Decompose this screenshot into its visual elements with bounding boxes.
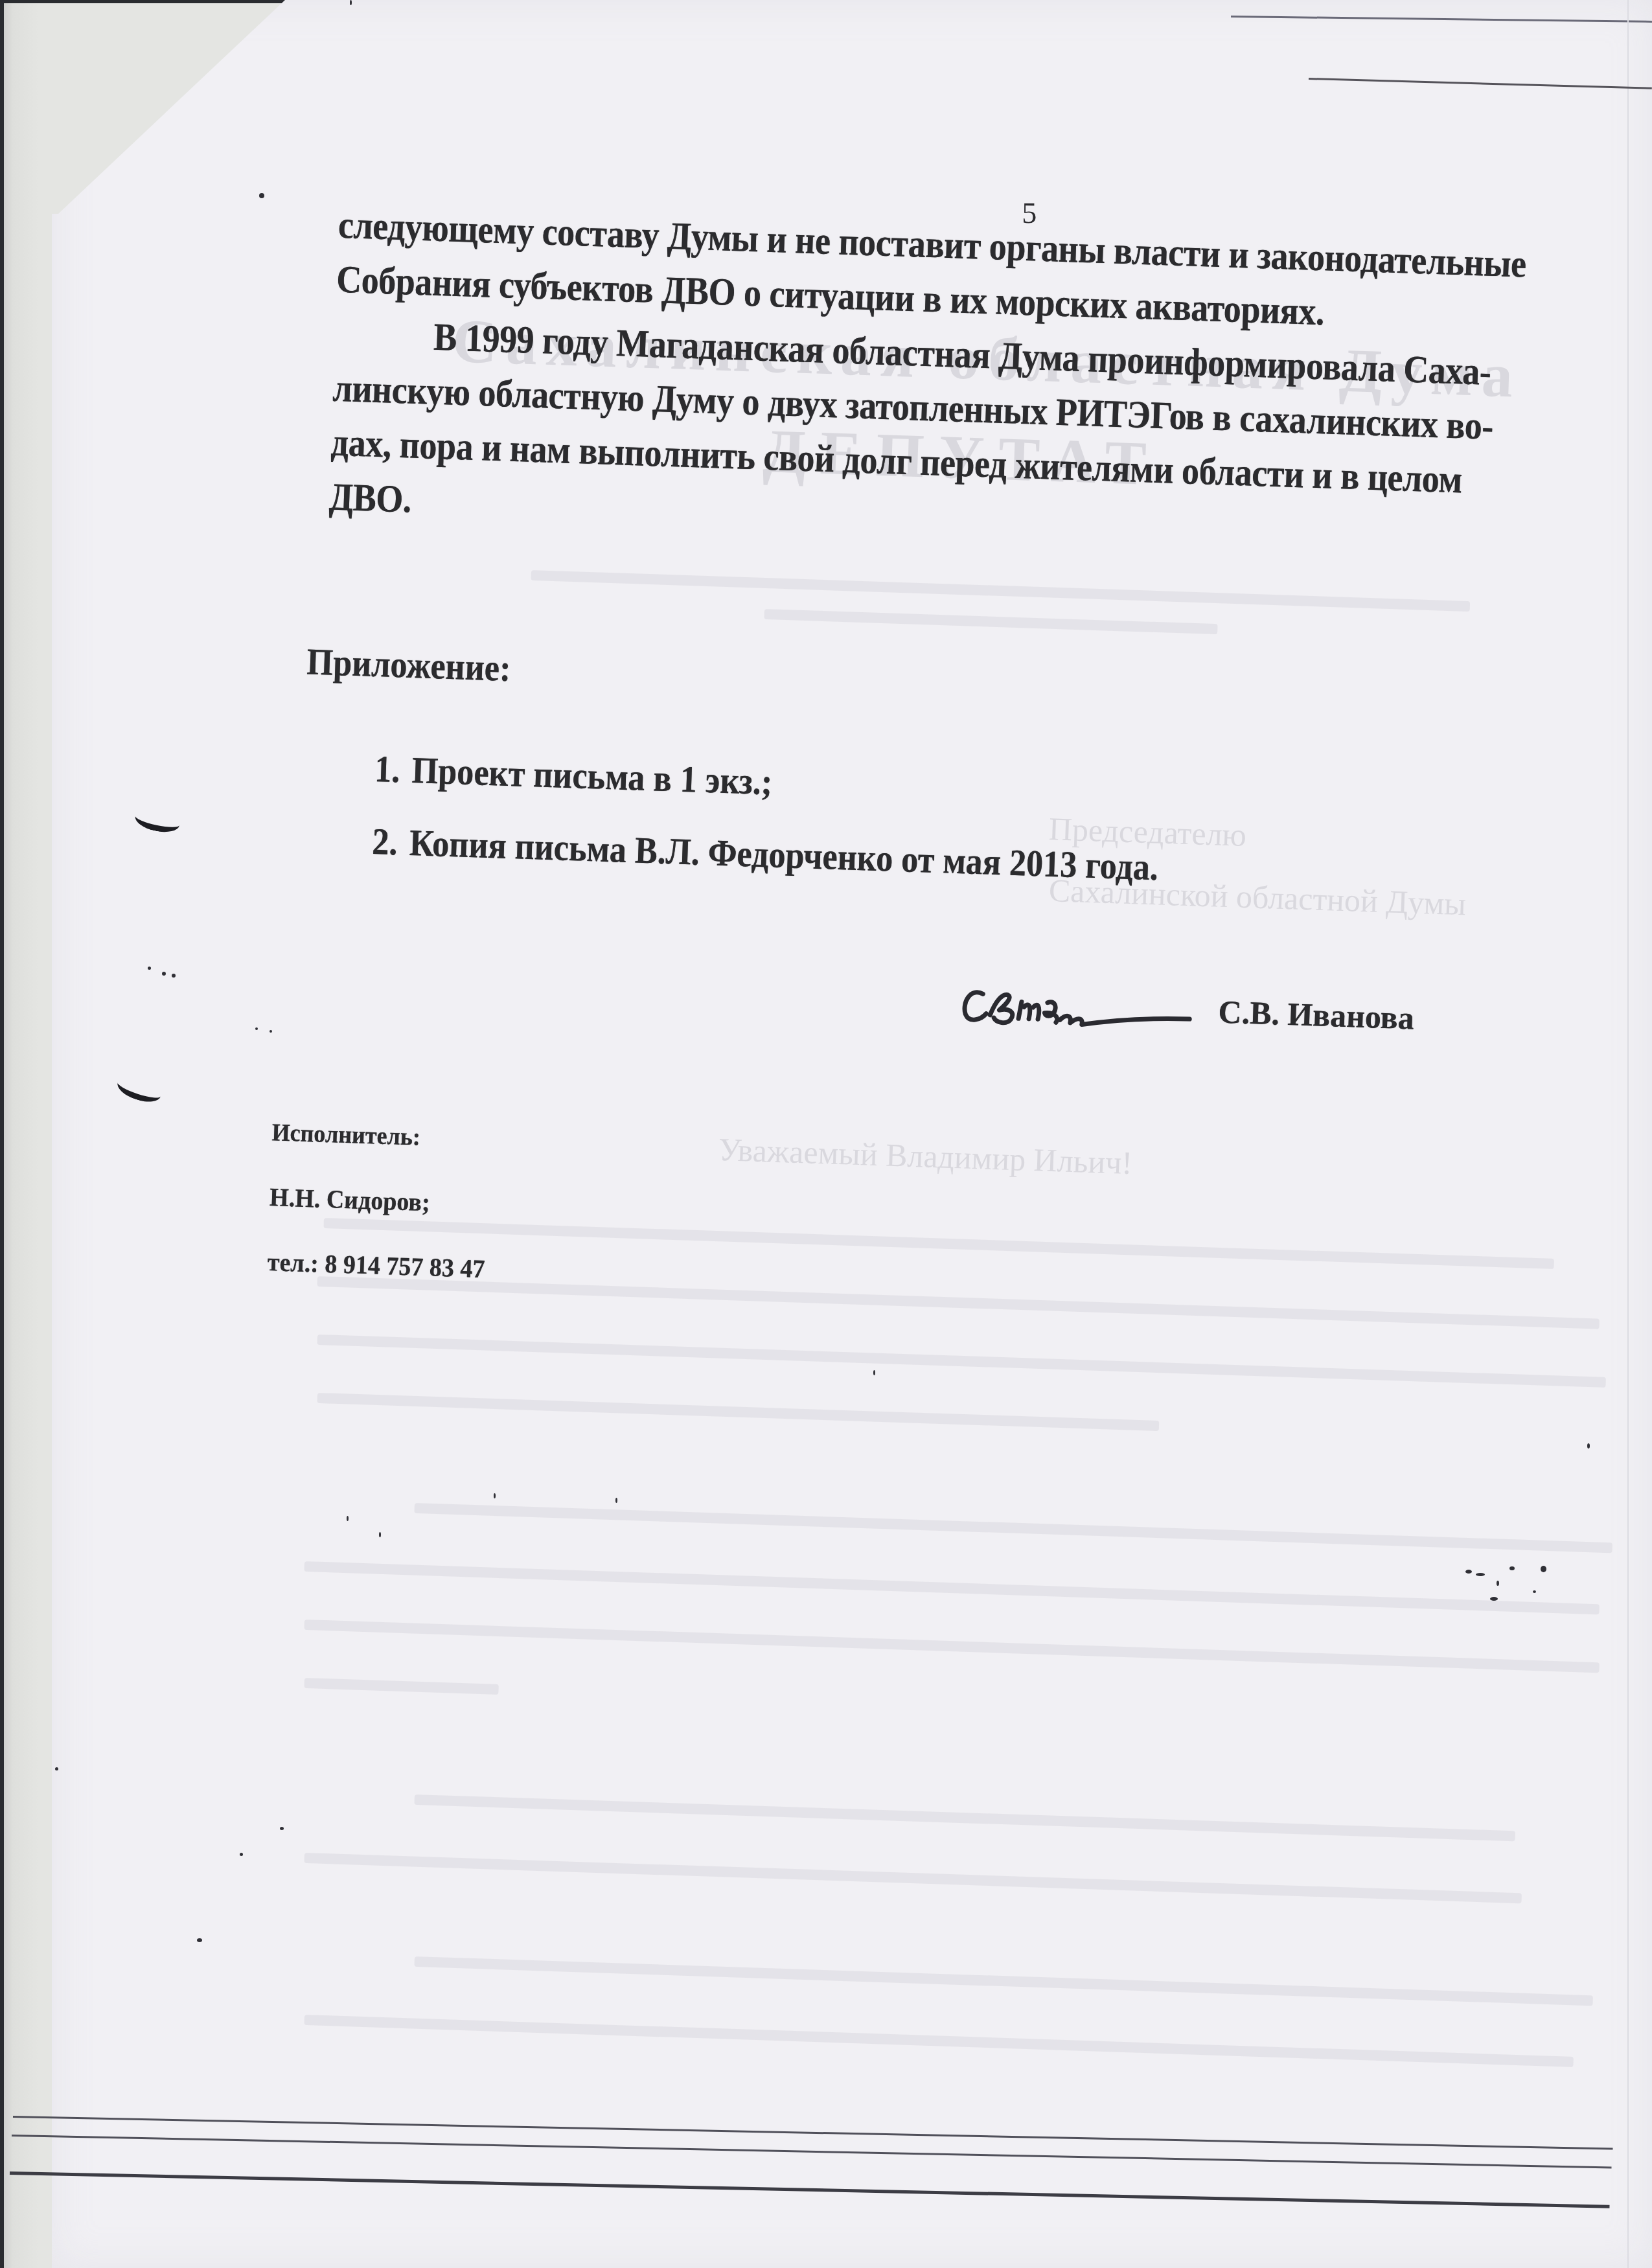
speck <box>1490 1597 1498 1601</box>
speck <box>350 0 352 5</box>
speck <box>1497 1581 1499 1586</box>
speck <box>379 1532 381 1537</box>
sheet-right-edge <box>1627 0 1629 2268</box>
speck <box>1476 1573 1485 1576</box>
speck <box>197 1938 202 1942</box>
speck <box>255 1027 258 1030</box>
executor-phone: тел.: 8 914 757 83 47 <box>266 1230 486 1301</box>
speck <box>1509 1566 1515 1570</box>
speck <box>55 1767 58 1770</box>
speck <box>873 1370 875 1375</box>
handwritten-signature-icon <box>956 974 1204 1040</box>
speck <box>240 1853 243 1856</box>
signer-name: С.В. Иванова <box>1218 993 1415 1037</box>
speck <box>1465 1570 1472 1574</box>
attachments-heading: Приложение: <box>306 640 512 690</box>
speck <box>494 1493 496 1498</box>
speck <box>172 974 176 978</box>
body-text: следующему составу Думы и не поставит ор… <box>328 198 1583 565</box>
speck <box>259 193 264 198</box>
executor-label: Исполнитель: <box>271 1100 490 1172</box>
speck <box>1541 1566 1546 1572</box>
speck <box>280 1827 284 1830</box>
attachments-list: 1.Проект письма в 1 экз.; 2.Копия письма… <box>371 733 1250 907</box>
attachment-text: Копия письма В.Л. Федорченко от мая 2013… <box>409 821 1159 888</box>
speck <box>148 967 151 970</box>
speck <box>615 1498 617 1503</box>
speck <box>270 1030 272 1033</box>
speck <box>1587 1443 1590 1449</box>
attachment-number: 1. <box>373 733 413 807</box>
attachment-text: Проект письма в 1 экз.; <box>411 749 774 803</box>
speck <box>162 972 166 976</box>
speck <box>1533 1590 1536 1593</box>
executor-block: Исполнитель: Н.Н. Сидоров; тел.: 8 914 7… <box>266 1100 501 1302</box>
executor-name: Н.Н. Сидоров; <box>269 1165 488 1237</box>
attachment-number: 2. <box>371 805 411 879</box>
speck <box>347 1516 349 1521</box>
